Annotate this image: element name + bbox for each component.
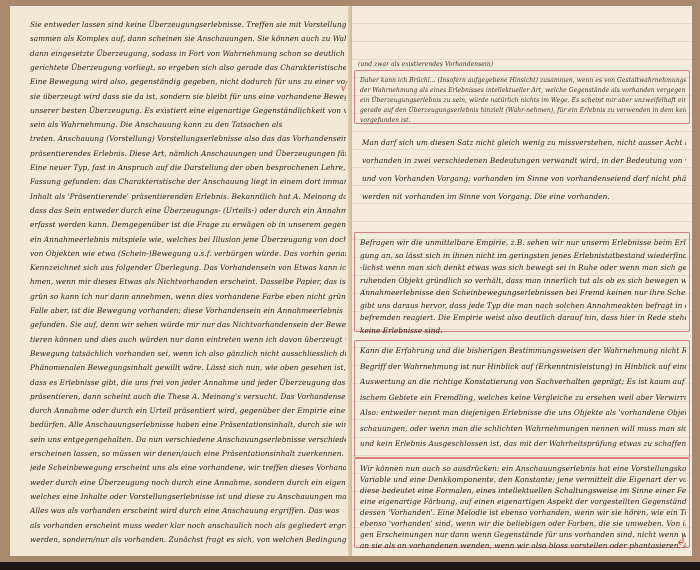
manuscript-line: Daher kann ich Brüchl... (Insofern aufge… (360, 76, 686, 85)
manuscript-line: sein uns entgegengehalten. Da nun versch… (30, 435, 346, 444)
manuscript-line: präsentierendes Erlebnis. Diese Art, näm… (30, 149, 346, 158)
manuscript-line: und von Vorhanden Vorgang; vorhanden im … (362, 174, 686, 183)
manuscript-line: vorhanden in zwei verschiedenen Bedeutun… (362, 156, 686, 165)
manuscript-line: Kennzeichnet sich aus folgender Überlegu… (30, 263, 346, 272)
manuscript-spread: Sie entweder lassen sind keine Überzeugu… (10, 6, 692, 556)
manuscript-line: dass es Erlebnisse gibt, die uns frei vo… (30, 378, 346, 387)
manuscript-line: Eine Bewegung wird also, gegenständig ge… (30, 77, 346, 86)
manuscript-line: sie überzeugt wird dass sie da ist, sond… (30, 92, 346, 101)
manuscript-line: Phänomenalen Bewegungsinhalt gewillt wär… (30, 363, 346, 372)
left-page: Sie entweder lassen sind keine Überzeugu… (10, 6, 352, 556)
manuscript-line: sein als Wahrnehmung. Die Anschauung kan… (30, 120, 346, 129)
manuscript-line: -lichst wenn man sich denkt etwas was si… (360, 263, 686, 272)
manuscript-line: befremden reagiert. Die Empirie weist al… (360, 313, 686, 322)
manuscript-line: gefunden. Sie auf, denn wir sehen würde … (30, 320, 346, 329)
manuscript-line: und kein Erlebnis Ausgeschlossen ist, da… (360, 439, 686, 448)
red-pencil-check-mark-icon: √ (340, 80, 348, 94)
manuscript-line: präsentieren, dann scheint auch die Thes… (30, 392, 346, 401)
manuscript-line: grün so kann ich nur dann annehmen, wenn… (30, 292, 346, 301)
manuscript-line: sammen als Komplex auf, dann scheinen si… (30, 34, 346, 43)
manuscript-line: werden nit vorhanden im Sinne von Vorgan… (362, 192, 686, 201)
manuscript-line: hmen, wenn mir dieses Etwas als Nichtvor… (30, 277, 346, 286)
manuscript-line: gen Erscheinungen nur dann wenn Gegenstä… (360, 530, 686, 539)
manuscript-line: Also: entweder nennt man diejenigen Erle… (360, 408, 686, 417)
manuscript-line: ischem Gebiete ein Fremdling, welches ke… (360, 393, 686, 402)
top-note: (und zwar als existierendes Vorhandensei… (358, 60, 692, 69)
manuscript-line: gerade auf den Überzeugungserlebnis hinz… (360, 106, 686, 115)
manuscript-line: ein Überzeugungserlebnis zu sein, würde … (360, 96, 686, 105)
manuscript-line: Wir können nun auch so ausdrücken: ein A… (360, 464, 686, 473)
manuscript-line: keine Erlebnisse sind. (360, 326, 686, 335)
manuscript-line: tieren können und dies auch würden nur d… (30, 335, 346, 344)
manuscript-line: dessen 'Vorhanden'. Eine Melodie ist ebe… (360, 508, 686, 517)
manuscript-line: Befragen wir die unmittelbare Empirie, z… (360, 238, 686, 247)
manuscript-line: Alles was als vorhanden erscheint wird d… (30, 506, 346, 515)
manuscript-line: werden, sondern/nur als vorhanden. Zunäc… (30, 535, 346, 544)
manuscript-line: Auswertung an die richtige Konstatierung… (360, 377, 686, 386)
manuscript-line: erfasst werden kann. Demgegenüber ist di… (30, 220, 346, 229)
manuscript-line: dann eingesetzte Überzeugung, sodass in … (30, 49, 346, 58)
manuscript-line: von Objekten wie etwa (Schein-)Bewegung … (30, 249, 346, 258)
manuscript-line: an sie als an vorhandenen wenden, wenn w… (360, 541, 686, 550)
manuscript-line: ein Annahmeerlebnis mitspiele wie, welch… (30, 235, 346, 244)
manuscript-line: Eine neuer Typ, fast in Anspruch auf die… (30, 163, 346, 172)
manuscript-line: treten. Anschauung (Vorstellung) Vorstel… (30, 134, 346, 143)
manuscript-line: Falle aber, ist die Bewegung vorhanden; … (30, 306, 346, 315)
manuscript-line: Bewegung tatsächlich vorhanden sei, wenn… (30, 349, 346, 358)
right-page: (und zwar als existierendes Vorhandensei… (352, 6, 692, 556)
manuscript-line: Fassung gefunden: das Charakteristische … (30, 177, 346, 186)
manuscript-line: schauungen, oder wenn man die schlichten… (360, 424, 686, 433)
manuscript-line: vorgefunden ist. (360, 116, 686, 125)
manuscript-line: dass das Sein entweder durch eine Überze… (30, 206, 346, 215)
manuscript-line: diese bedeutet eine Formalen, eines inte… (360, 486, 686, 495)
manuscript-line: als vorhanden erscheint muss weder klar … (30, 521, 346, 530)
manuscript-line: Begriff der Wahrnehmung ist nur Hinblick… (360, 362, 686, 371)
manuscript-line: eine eigenartige Färbung, auf einen eige… (360, 497, 686, 506)
manuscript-line: Variable und eine Denkkomponente, den Ko… (360, 475, 686, 484)
manuscript-line: welches eine Inhalte oder Vorstellungser… (30, 492, 346, 501)
manuscript-line: gung an, so lässt sich in ihnen nicht im… (360, 251, 686, 260)
manuscript-line: gibt uns daraus hervor, dass jede Typ di… (360, 301, 686, 310)
manuscript-line: durch Annahme oder durch ein Urteil präs… (30, 406, 346, 415)
manuscript-line: ebenso 'vorhanden' sind, wenn wir die be… (360, 519, 686, 528)
manuscript-line: Sie entweder lassen sind keine Überzeugu… (30, 20, 346, 29)
manuscript-line: gerichtete Überzeugung vorliegt, so erge… (30, 63, 346, 72)
manuscript-line: ruhenden Objekt gründlich so verhält, da… (360, 276, 686, 285)
manuscript-line: jede Scheinbewegung erscheint uns als ei… (30, 463, 346, 472)
manuscript-line: weder durch eine Überzeugung noch durch … (30, 478, 346, 487)
manuscript-line: bedürfen. Alle Anschauungserlebnisse hab… (30, 420, 346, 429)
scan-backing-board: Sie entweder lassen sind keine Überzeugu… (0, 0, 700, 562)
manuscript-line: Inhalt als 'Präsentierende' präsentieren… (30, 192, 346, 201)
manuscript-line: Kann die Erfahrung und die bisherigen Be… (360, 346, 686, 355)
manuscript-line: Annahmeerlebnisse den Scheinbewegungserl… (360, 288, 686, 297)
manuscript-line: erscheinen lassen, so müssen wir denen/a… (30, 449, 346, 458)
manuscript-line: Man darf sich um diesen Satz nicht gleic… (362, 138, 686, 147)
manuscript-line: unserer besten Überzeugung. Es existiert… (30, 106, 346, 115)
manuscript-line: der Wahrnehmung als eines Erlebnisses in… (360, 86, 686, 95)
